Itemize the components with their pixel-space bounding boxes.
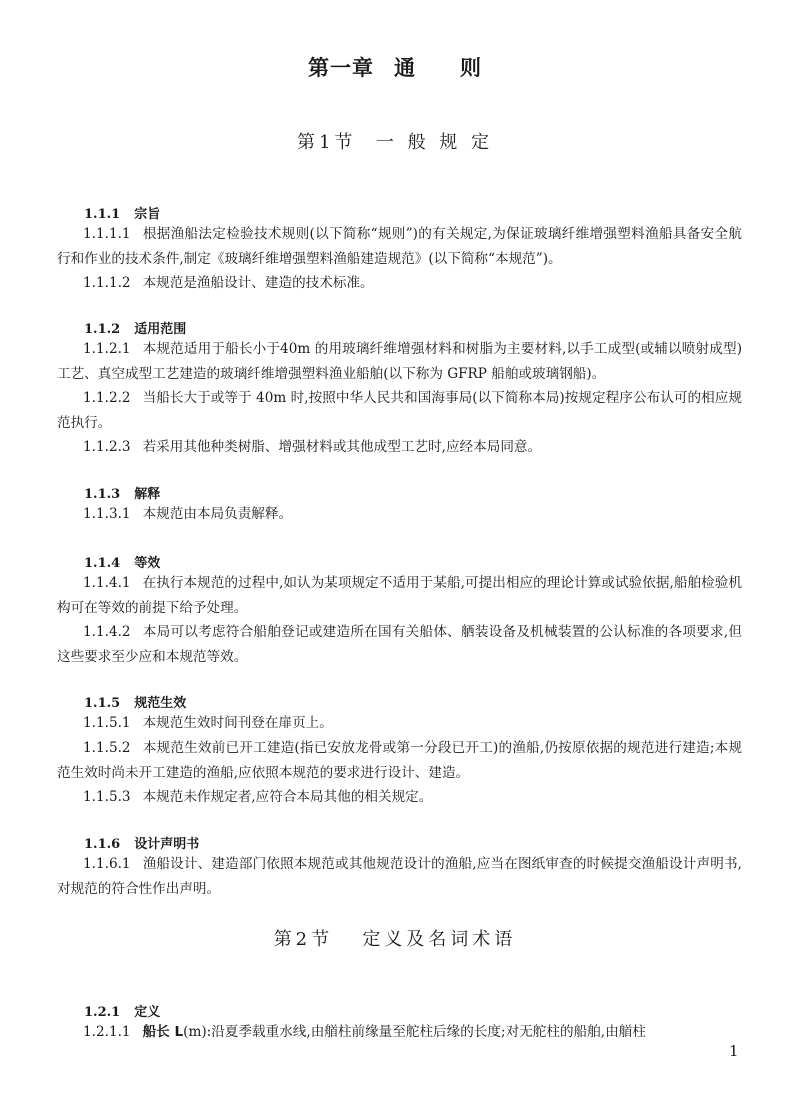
chapter-word-1: 通 bbox=[394, 56, 416, 80]
subsection-heading: 1.1.2适用范围 bbox=[84, 318, 186, 337]
paragraph-text: 在执行本规范的过程中,如认为某项规定不适用于某船,可提出相应的理论计算或试验依据… bbox=[57, 575, 742, 616]
defined-term: 船长 L bbox=[143, 1024, 184, 1040]
subsection-title: 设计声明书 bbox=[134, 837, 199, 852]
paragraph-text: 本局可以考虑符合船舶登记或建造所在国有关船体、舾装设备及机械装置的公认标准的各项… bbox=[57, 624, 742, 665]
subsection-title: 定义 bbox=[134, 1005, 160, 1020]
paragraph-text: 本规范未作规定者,应符合本局其他的相关规定。 bbox=[143, 789, 433, 805]
paragraph-number: 1.1.2.3 bbox=[83, 439, 131, 455]
paragraph: 1.1.5.2本规范生效前已开工建造(指已安放龙骨或第一分段已开工)的渔船,仍按… bbox=[57, 736, 742, 786]
paragraph: 1.1.4.2本局可以考虑符合船舶登记或建造所在国有关船体、舾装设备及机械装置的… bbox=[57, 620, 742, 670]
subsection-heading: 1.1.3解释 bbox=[84, 483, 160, 502]
subsection-heading: 1.1.5规范生效 bbox=[84, 692, 186, 711]
paragraph-number: 1.2.1.1 bbox=[83, 1024, 131, 1040]
paragraph-number: 1.1.5.1 bbox=[83, 715, 131, 731]
subsection-number: 1.2.1 bbox=[84, 1005, 120, 1020]
paragraph-number: 1.1.2.2 bbox=[83, 390, 131, 406]
paragraph-text: 本规范是渔船设计、建造的技术标准。 bbox=[143, 275, 374, 291]
subsection-title: 等效 bbox=[134, 556, 160, 571]
subsection-title: 规范生效 bbox=[134, 696, 186, 711]
section-title: 第1节 一 般 规 定 bbox=[0, 128, 790, 154]
section-title: 第2节 定义及名词术语 bbox=[0, 925, 790, 951]
subsection-number: 1.1.6 bbox=[84, 837, 120, 852]
paragraph: 1.1.2.3若采用其他种类树脂、增强材料或其他成型工艺时,应经本局同意。 bbox=[57, 435, 742, 460]
paragraph: 1.1.1.1根据渔船法定检验技术规则(以下简称“规则”)的有关规定,为保证玻璃… bbox=[57, 222, 742, 272]
paragraph: 1.1.2.2当船长大于或等于 40m 时,按照中华人民共和国海事局(以下简称本… bbox=[57, 386, 742, 436]
subsection-number: 1.1.4 bbox=[84, 556, 120, 571]
paragraph-number: 1.1.4.2 bbox=[83, 624, 131, 640]
paragraph-text: 当船长大于或等于 40m 时,按照中华人民共和国海事局(以下简称本局)按规定程序… bbox=[57, 390, 742, 431]
paragraph-number: 1.1.2.1 bbox=[83, 341, 131, 357]
section-label: 第1节 bbox=[297, 132, 356, 153]
subsection-title: 适用范围 bbox=[134, 322, 186, 337]
paragraph-text: 本规范适用于船长小于40m 的用玻璃纤维增强材料和树脂为主要材料,以手工成型(或… bbox=[57, 341, 742, 382]
subsection-number: 1.1.3 bbox=[84, 487, 120, 502]
subsection-heading: 1.1.6设计声明书 bbox=[84, 833, 199, 852]
paragraph-number: 1.1.6.1 bbox=[83, 856, 131, 872]
paragraph-text: 本规范生效前已开工建造(指已安放龙骨或第一分段已开工)的渔船,仍按原依据的规范进… bbox=[57, 740, 742, 781]
subsection-heading: 1.1.1宗旨 bbox=[84, 203, 160, 222]
chapter-label: 第一章 bbox=[308, 56, 374, 80]
subsection-number: 1.1.2 bbox=[84, 322, 120, 337]
paragraph: 1.1.5.1本规范生效时间刊登在扉页上。 bbox=[57, 711, 742, 736]
chapter-title: 第一章通则 bbox=[0, 52, 790, 82]
section-text: 一 般 规 定 bbox=[376, 132, 493, 153]
paragraph-number: 1.1.4.1 bbox=[83, 575, 131, 591]
paragraph: 1.1.4.1在执行本规范的过程中,如认为某项规定不适用于某船,可提出相应的理论… bbox=[57, 571, 742, 621]
paragraph: 1.1.1.2本规范是渔船设计、建造的技术标准。 bbox=[57, 271, 742, 296]
page-number: 1 bbox=[729, 1042, 739, 1060]
subsection-number: 1.1.1 bbox=[84, 207, 120, 222]
subsection-title: 解释 bbox=[134, 487, 160, 502]
paragraph-number: 1.1.3.1 bbox=[83, 506, 131, 522]
paragraph-text: 若采用其他种类树脂、增强材料或其他成型工艺时,应经本局同意。 bbox=[143, 439, 542, 455]
paragraph: 1.1.2.1本规范适用于船长小于40m 的用玻璃纤维增强材料和树脂为主要材料,… bbox=[57, 337, 742, 387]
paragraph: 1.1.6.1渔船设计、建造部门依照本规范或其他规范设计的渔船,应当在图纸审查的… bbox=[57, 852, 742, 902]
paragraph-number: 1.1.1.2 bbox=[83, 275, 131, 291]
paragraph-number: 1.1.5.3 bbox=[83, 789, 131, 805]
section-text: 定义及名词术语 bbox=[362, 929, 516, 950]
paragraph: 1.1.5.3本规范未作规定者,应符合本局其他的相关规定。 bbox=[57, 785, 742, 810]
paragraph-number: 1.1.5.2 bbox=[83, 740, 131, 756]
subsection-number: 1.1.5 bbox=[84, 696, 120, 711]
chapter-word-2: 则 bbox=[460, 56, 482, 80]
paragraph-text: 本规范由本局负责解释。 bbox=[143, 506, 293, 522]
paragraph-text: 根据渔船法定检验技术规则(以下简称“规则”)的有关规定,为保证玻璃纤维增强塑料渔… bbox=[57, 226, 742, 267]
paragraph: 1.2.1.1船长 L(m):沿夏季载重水线,由艏柱前缘量至舵柱后缘的长度;对无… bbox=[57, 1020, 742, 1045]
paragraph-number: 1.1.1.1 bbox=[83, 226, 131, 242]
subsection-heading: 1.2.1定义 bbox=[84, 1001, 160, 1020]
paragraph: 1.1.3.1本规范由本局负责解释。 bbox=[57, 502, 742, 527]
subsection-heading: 1.1.4等效 bbox=[84, 552, 160, 571]
paragraph-text: 本规范生效时间刊登在扉页上。 bbox=[143, 715, 333, 731]
paragraph-text: 渔船设计、建造部门依照本规范或其他规范设计的渔船,应当在图纸审查的时候提交渔船设… bbox=[57, 856, 742, 897]
subsection-title: 宗旨 bbox=[134, 207, 160, 222]
section-label: 第2节 bbox=[274, 929, 333, 950]
paragraph-text: (m):沿夏季载重水线,由艏柱前缘量至舵柱后缘的长度;对无舵柱的船舶,由艏柱 bbox=[183, 1024, 646, 1040]
